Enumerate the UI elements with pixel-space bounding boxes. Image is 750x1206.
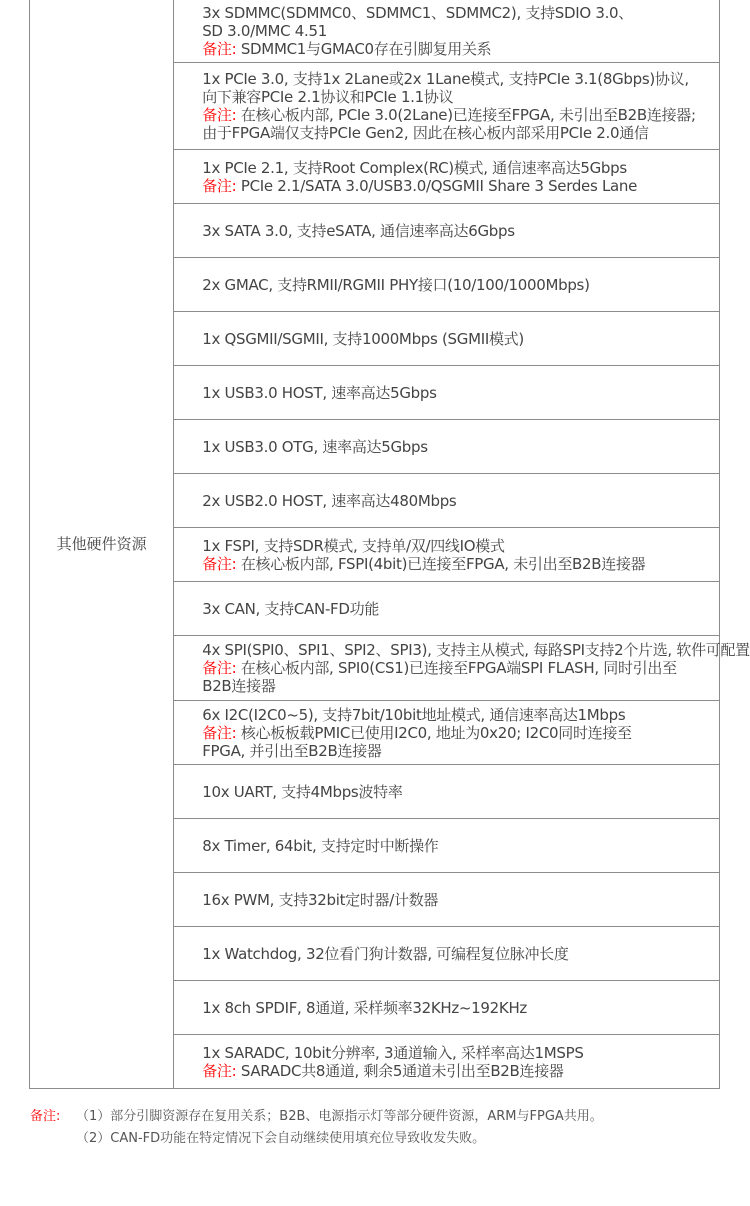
- spec-description-cell: 1x SARADC, 10bit分辨率, 3通道输入, 采样率高达1MSPS备注…: [174, 1035, 720, 1089]
- spec-description-cell: 1x PCIe 2.1, 支持Root Complex(RC)模式, 通信速率高…: [174, 150, 720, 204]
- spec-line: 1x SARADC, 10bit分辨率, 3通道输入, 采样率高达1MSPS: [202, 1044, 719, 1062]
- spec-note-line: B2B连接器: [202, 677, 719, 695]
- note-label: 备注:: [202, 177, 236, 195]
- footer-note-1: （1）部分引脚资源存在复用关系；B2B、电源指示灯等部分硬件资源，ARM与FPG…: [76, 1106, 603, 1128]
- spec-line: 1x PCIe 2.1, 支持Root Complex(RC)模式, 通信速率高…: [202, 159, 719, 177]
- spec-description-cell: 1x USB3.0 HOST, 速率高达5Gbps: [174, 366, 720, 420]
- note-label: 备注:: [202, 555, 236, 573]
- note-label: 备注:: [202, 1062, 236, 1080]
- spec-note-line: 备注: SARADC共8通道, 剩余5通道未引出至B2B连接器: [202, 1062, 719, 1080]
- table-row: 其他硬件资源3x SDMMC(SDMMC0、SDMMC1、SDMMC2), 支持…: [30, 0, 720, 63]
- spec-description-cell: 6x I2C(I2C0~5), 支持7bit/10bit地址模式, 通信速率高达…: [174, 701, 720, 765]
- note-label: 备注:: [202, 724, 236, 742]
- footer-note-row: 备注: （1）部分引脚资源存在复用关系；B2B、电源指示灯等部分硬件资源，ARM…: [30, 1106, 603, 1128]
- spec-line: 6x I2C(I2C0~5), 支持7bit/10bit地址模式, 通信速率高达…: [202, 706, 719, 724]
- spec-line: 3x SATA 3.0, 支持eSATA, 通信速率高达6Gbps: [202, 222, 719, 240]
- spec-note-line: 备注: SDMMC1与GMAC0存在引脚复用关系: [202, 40, 719, 58]
- category-cell: 其他硬件资源: [30, 0, 174, 1089]
- spec-line: 3x SDMMC(SDMMC0、SDMMC1、SDMMC2), 支持SDIO 3…: [202, 4, 719, 22]
- spec-line: 1x FSPI, 支持SDR模式, 支持单/双/四线IO模式: [202, 537, 719, 555]
- spec-description-cell: 3x SDMMC(SDMMC0、SDMMC1、SDMMC2), 支持SDIO 3…: [174, 0, 720, 63]
- hardware-spec-table: 其他硬件资源3x SDMMC(SDMMC0、SDMMC1、SDMMC2), 支持…: [29, 0, 720, 1089]
- note-text: SDMMC1与GMAC0存在引脚复用关系: [236, 40, 491, 58]
- spec-line: 4x SPI(SPI0、SPI1、SPI2、SPI3), 支持主从模式, 每路S…: [202, 641, 719, 659]
- spec-description-cell: 1x FSPI, 支持SDR模式, 支持单/双/四线IO模式备注: 在核心板内部…: [174, 528, 720, 582]
- spec-note-line: 备注: 核心板板载PMIC已使用I2C0, 地址为0x20; I2C0同时连接至: [202, 724, 719, 742]
- spec-line: 1x 8ch SPDIF, 8通道, 采样频率32KHz~192KHz: [202, 999, 719, 1017]
- spec-description-cell: 1x PCIe 3.0, 支持1x 2Lane或2x 1Lane模式, 支持PC…: [174, 63, 720, 150]
- spec-description-cell: 1x USB3.0 OTG, 速率高达5Gbps: [174, 420, 720, 474]
- note-text: 由于FPGA端仅支持PCIe Gen2, 因此在核心板内部采用PCIe 2.0通…: [202, 124, 648, 142]
- spec-line: 10x UART, 支持4Mbps波特率: [202, 783, 719, 801]
- spec-description-cell: 10x UART, 支持4Mbps波特率: [174, 765, 720, 819]
- spec-line: 1x USB3.0 OTG, 速率高达5Gbps: [202, 438, 719, 456]
- spec-description-cell: 1x 8ch SPDIF, 8通道, 采样频率32KHz~192KHz: [174, 981, 720, 1035]
- spec-note-line: 备注: 在核心板内部, FSPI(4bit)已连接至FPGA, 未引出至B2B连…: [202, 555, 719, 573]
- note-text: 在核心板内部, PCIe 3.0(2Lane)已连接至FPGA, 未引出至B2B…: [236, 106, 695, 124]
- footer-note-2: （2）CAN-FD功能在特定情况下会自动继续使用填充位导致收发失败。: [76, 1128, 485, 1150]
- note-label: 备注:: [202, 659, 236, 677]
- spec-line: 1x QSGMII/SGMII, 支持1000Mbps (SGMII模式): [202, 330, 719, 348]
- spec-line: 8x Timer, 64bit, 支持定时中断操作: [202, 837, 719, 855]
- note-text: 在核心板内部, SPI0(CS1)已连接至FPGA端SPI FLASH, 同时引…: [236, 659, 676, 677]
- spec-description-cell: 2x GMAC, 支持RMII/RGMII PHY接口(10/100/1000M…: [174, 258, 720, 312]
- spec-note-line: FPGA, 并引出至B2B连接器: [202, 742, 719, 760]
- spec-description-cell: 3x CAN, 支持CAN-FD功能: [174, 582, 720, 636]
- footer-note-row: （2）CAN-FD功能在特定情况下会自动继续使用填充位导致收发失败。: [30, 1128, 603, 1150]
- spec-line: 2x USB2.0 HOST, 速率高达480Mbps: [202, 492, 719, 510]
- note-text: FPGA, 并引出至B2B连接器: [202, 742, 381, 760]
- note-label: 备注:: [202, 106, 236, 124]
- note-text: 在核心板内部, FSPI(4bit)已连接至FPGA, 未引出至B2B连接器: [236, 555, 645, 573]
- note-text: 核心板板载PMIC已使用I2C0, 地址为0x20; I2C0同时连接至: [236, 724, 631, 742]
- note-label: 备注:: [202, 40, 236, 58]
- spec-table-body: 其他硬件资源3x SDMMC(SDMMC0、SDMMC1、SDMMC2), 支持…: [30, 0, 720, 1089]
- spec-line: 1x USB3.0 HOST, 速率高达5Gbps: [202, 384, 719, 402]
- spec-note-line: 备注: 在核心板内部, SPI0(CS1)已连接至FPGA端SPI FLASH,…: [202, 659, 719, 677]
- spec-description-cell: 16x PWM, 支持32bit定时器/计数器: [174, 873, 720, 927]
- spec-line: 向下兼容PCIe 2.1协议和PCIe 1.1协议: [202, 88, 719, 106]
- spec-description-cell: 3x SATA 3.0, 支持eSATA, 通信速率高达6Gbps: [174, 204, 720, 258]
- note-text: B2B连接器: [202, 677, 275, 695]
- spec-description-cell: 1x QSGMII/SGMII, 支持1000Mbps (SGMII模式): [174, 312, 720, 366]
- spec-line: 1x PCIe 3.0, 支持1x 2Lane或2x 1Lane模式, 支持PC…: [202, 70, 719, 88]
- spec-line: 2x GMAC, 支持RMII/RGMII PHY接口(10/100/1000M…: [202, 276, 719, 294]
- spec-line: SD 3.0/MMC 4.51: [202, 22, 719, 40]
- spec-description-cell: 2x USB2.0 HOST, 速率高达480Mbps: [174, 474, 720, 528]
- spec-line: 1x Watchdog, 32位看门狗计数器, 可编程复位脉冲长度: [202, 945, 719, 963]
- note-text: PCIe 2.1/SATA 3.0/USB3.0/QSGMII Share 3 …: [236, 177, 637, 195]
- footer-notes: 备注: （1）部分引脚资源存在复用关系；B2B、电源指示灯等部分硬件资源，ARM…: [30, 1106, 603, 1150]
- spec-note-line: 备注: 在核心板内部, PCIe 3.0(2Lane)已连接至FPGA, 未引出…: [202, 106, 719, 124]
- spec-note-line: 备注: PCIe 2.1/SATA 3.0/USB3.0/QSGMII Shar…: [202, 177, 719, 195]
- note-text: SARADC共8通道, 剩余5通道未引出至B2B连接器: [236, 1062, 563, 1080]
- spec-description-cell: 1x Watchdog, 32位看门狗计数器, 可编程复位脉冲长度: [174, 927, 720, 981]
- spec-line: 3x CAN, 支持CAN-FD功能: [202, 600, 719, 618]
- footer-note-label: 备注:: [30, 1106, 76, 1128]
- spec-description-cell: 8x Timer, 64bit, 支持定时中断操作: [174, 819, 720, 873]
- spec-note-line: 由于FPGA端仅支持PCIe Gen2, 因此在核心板内部采用PCIe 2.0通…: [202, 124, 719, 142]
- spec-line: 16x PWM, 支持32bit定时器/计数器: [202, 891, 719, 909]
- spec-description-cell: 4x SPI(SPI0、SPI1、SPI2、SPI3), 支持主从模式, 每路S…: [174, 636, 720, 701]
